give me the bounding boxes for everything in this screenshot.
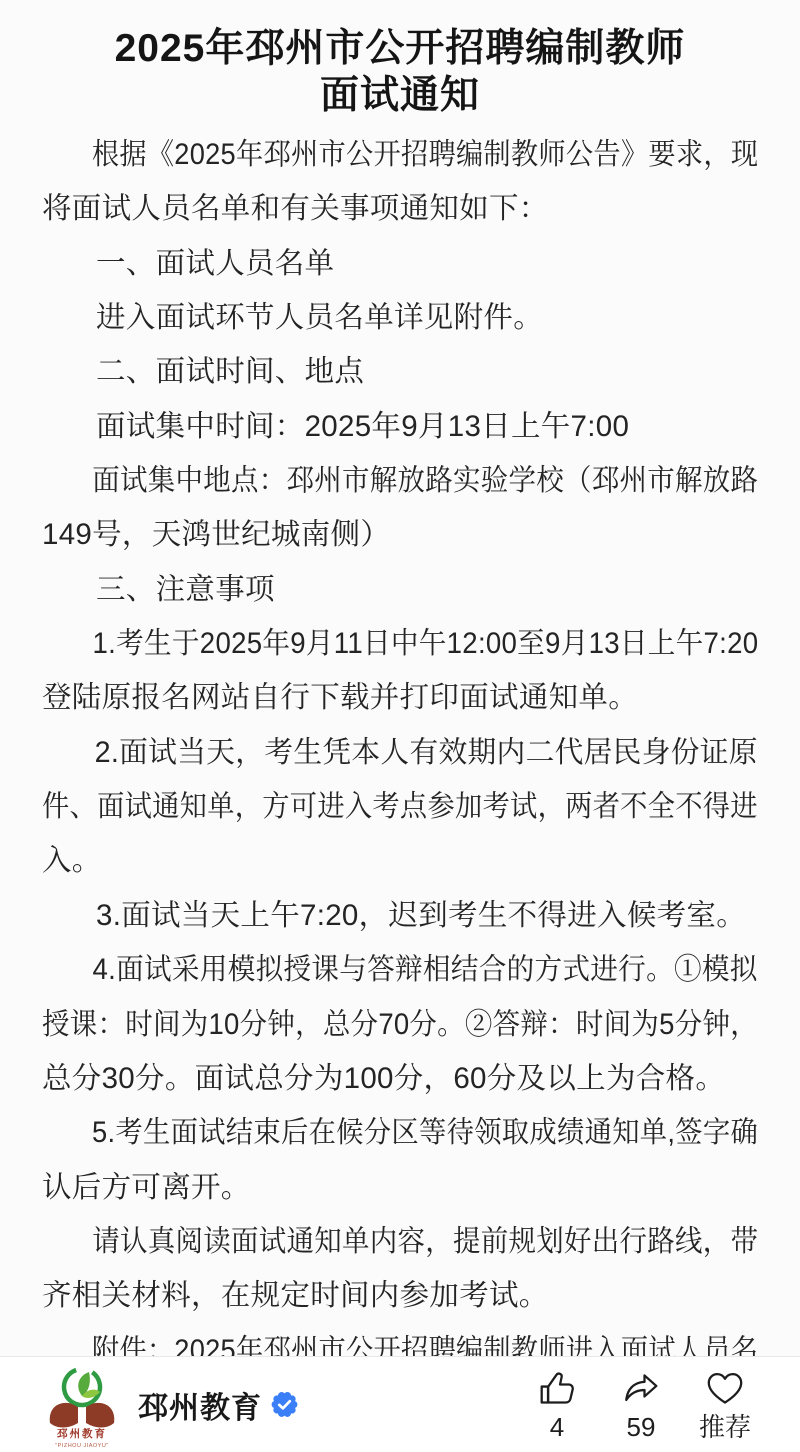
notice-line: 2.面试当天，考生凭本人有效期内二代居民身份证原 — [42, 726, 739, 780]
notice-line: 将面试人员名单和有关事项通知如下： — [42, 182, 758, 236]
notice-line: 根据《2025年邳州市公开招聘编制教师公告》要求，现 — [42, 128, 703, 182]
notice-line: 4.面试采用模拟授课与答辩相结合的方式进行。①模拟 — [42, 943, 712, 997]
notice-line: 附件：2025年邳州市公开招聘编制教师进入面试人员名 — [42, 1324, 703, 1357]
notice-line: 齐相关材料，在规定时间内参加考试。 — [42, 1269, 758, 1323]
thumbs-up-icon — [536, 1368, 578, 1410]
logo-caption: 邳州教育 — [57, 1427, 107, 1440]
notice-title-line1: 2025年邳州市公开招聘编制教师 — [42, 25, 758, 73]
notice-line: 一、面试人员名单 — [42, 237, 758, 291]
notice-line: 进入面试环节人员名单详见附件。 — [42, 291, 758, 345]
notice-line: 面试集中地点：邳州市解放路实验学校（邳州市解放路 — [42, 454, 709, 508]
action-buttons: 4 59 推荐 — [526, 1368, 756, 1443]
like-count: 4 — [526, 1411, 588, 1443]
account-row[interactable]: 邳州教育 "PIZHOU JIAOYU" 邳州教育 — [40, 1357, 298, 1452]
recommend-label: 推荐 — [694, 1411, 756, 1443]
notice-line: 二、面试时间、地点 — [42, 345, 758, 399]
notice-line: 认后方可离开。 — [42, 1161, 758, 1215]
notice-line: 件、面试通知单，方可进入考点参加考试，两者不全不得进 — [42, 780, 703, 834]
verified-badge-icon — [271, 1391, 298, 1418]
like-button[interactable]: 4 — [526, 1368, 588, 1443]
screenshot-root: 2025年邳州市公开招聘编制教师 面试通知 根据《2025年邳州市公开招聘编制教… — [0, 0, 800, 1452]
share-button[interactable]: 59 — [610, 1368, 672, 1443]
recommend-button[interactable]: 推荐 — [694, 1368, 756, 1443]
pizhou-education-logo-icon: 邳州教育 "PIZHOU JIAOYU" — [40, 1362, 124, 1450]
notice-line: 总分30分。面试总分为100分，60分及以上为合格。 — [42, 1052, 758, 1106]
notice-line: 入。 — [42, 834, 758, 888]
notice-line: 三、注意事项 — [42, 563, 758, 617]
logo-subcaption: "PIZHOU JIAOYU" — [55, 1443, 109, 1449]
notice-line: 149号，天鸿世纪城南侧） — [42, 508, 758, 562]
notice-line: 授课：时间为10分钟，总分70分。②答辩：时间为5分钟， — [42, 998, 709, 1052]
notice-document: 2025年邳州市公开招聘编制教师 面试通知 根据《2025年邳州市公开招聘编制教… — [0, 0, 800, 1357]
notice-line: 面试集中时间：2025年9月13日上午7:00 — [42, 400, 758, 454]
notice-line: 请认真阅读面试通知单内容，提前规划好出行路线，带 — [42, 1215, 709, 1269]
notice-line: 3.面试当天上午7:20，迟到考生不得进入候考室。 — [42, 889, 758, 943]
footer-bar: 邳州教育 "PIZHOU JIAOYU" 邳州教育 — [0, 1357, 800, 1452]
notice-line: 登陆原报名网站自行下载并打印面试通知单。 — [42, 671, 758, 725]
notice-body: 根据《2025年邳州市公开招聘编制教师公告》要求，现将面试人员名单和有关事项通知… — [42, 128, 758, 1357]
notice-line: 1.考生于2025年9月11日中午12:00至9月13日上午7:20 — [42, 617, 712, 671]
share-arrow-icon — [620, 1368, 662, 1410]
heart-icon — [704, 1368, 746, 1410]
share-count: 59 — [610, 1411, 672, 1443]
account-name: 邳州教育 — [138, 1383, 262, 1427]
notice-line: 5.考生面试结束后在候分区等待领取成绩通知单,签字确 — [42, 1106, 705, 1160]
notice-title-line2: 面试通知 — [42, 73, 758, 119]
